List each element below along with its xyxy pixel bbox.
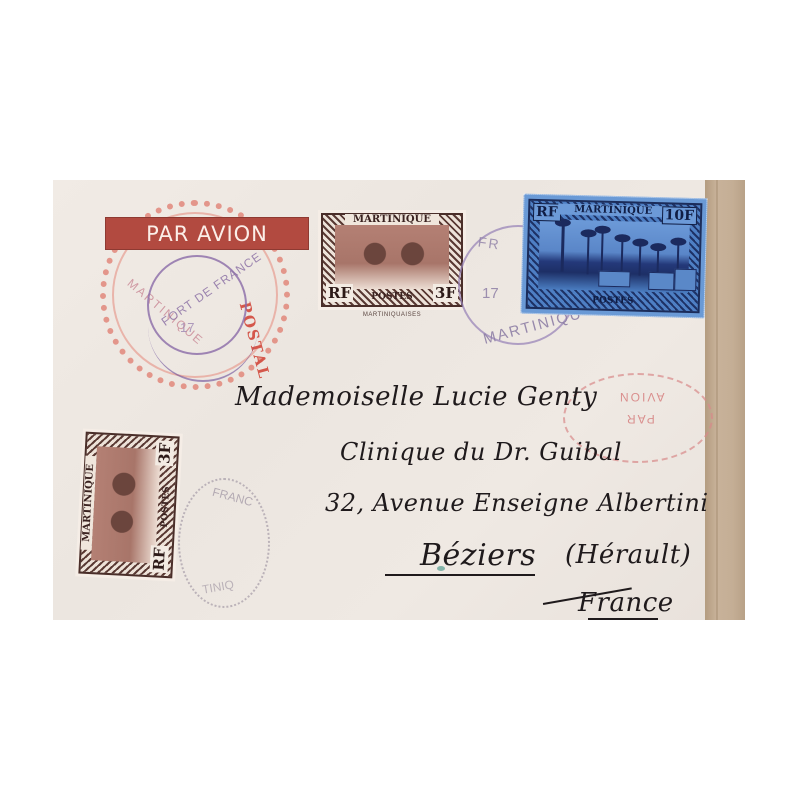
country-underline <box>588 618 658 620</box>
stamp-10f: RF MARTINIQUE 10F POSTES <box>520 194 707 319</box>
flap-edge <box>716 180 718 620</box>
address-line-region: (Hérault) <box>565 540 691 570</box>
stamp-value: 3F <box>155 440 174 466</box>
stamp-3f-bottom: MARTINIQUE POSTES RF 3F <box>75 428 183 581</box>
stamp-rf: RF <box>150 545 169 573</box>
house <box>674 269 697 292</box>
ink-smudge <box>437 566 445 571</box>
stamp-rf: RF <box>533 203 561 222</box>
stamp-country: MARTINIQUE <box>345 214 439 225</box>
stamp-frame: RF MARTINIQUE 10F POSTES <box>526 199 703 314</box>
stamp-frame: MARTINIQUE POSTES RF 3F <box>78 432 179 579</box>
palm-tree <box>638 244 641 276</box>
stamp-picture-village-palms <box>538 219 690 293</box>
stamp-value: 10F <box>661 206 697 225</box>
stamp-legend: MARTINIQUAISES <box>323 312 461 318</box>
stamp-country: MARTINIQUE <box>558 204 668 218</box>
red-oval-text-2: AVION <box>618 390 664 404</box>
red-oval-text-1: PAR <box>625 412 655 426</box>
envelope-flap <box>705 180 745 620</box>
house <box>648 272 674 291</box>
address-line-clinic: Clinique du Dr. Guibal <box>340 438 622 466</box>
stamp-postes: POSTES <box>528 294 698 308</box>
stamp-value: 3F <box>433 284 458 302</box>
stamp-3f-top: MARTINIQUE POSTES RF 3F MARTINIQUAISES <box>318 210 466 310</box>
palm-tree <box>621 239 624 275</box>
church-spire <box>561 224 565 272</box>
stamp-frame: MARTINIQUE POSTES RF 3F MARTINIQUAISES <box>321 213 463 307</box>
palm-tree <box>601 231 604 275</box>
palm-tree <box>587 234 590 274</box>
address-line-street: 32, Avenue Enseigne Albertini <box>325 489 710 517</box>
postmark-middle-top: FR <box>477 234 502 253</box>
house <box>598 271 630 288</box>
par-avion-label: PAR AVION <box>105 217 309 250</box>
postmark-middle-date: 17 <box>482 285 499 302</box>
stamp-picture-two-women <box>335 225 449 289</box>
city-underline <box>385 574 535 576</box>
address-line-country: France <box>578 588 674 618</box>
stamp-rf: RF <box>326 284 353 302</box>
address-line-recipient: Mademoiselle Lucie Genty <box>235 382 597 412</box>
